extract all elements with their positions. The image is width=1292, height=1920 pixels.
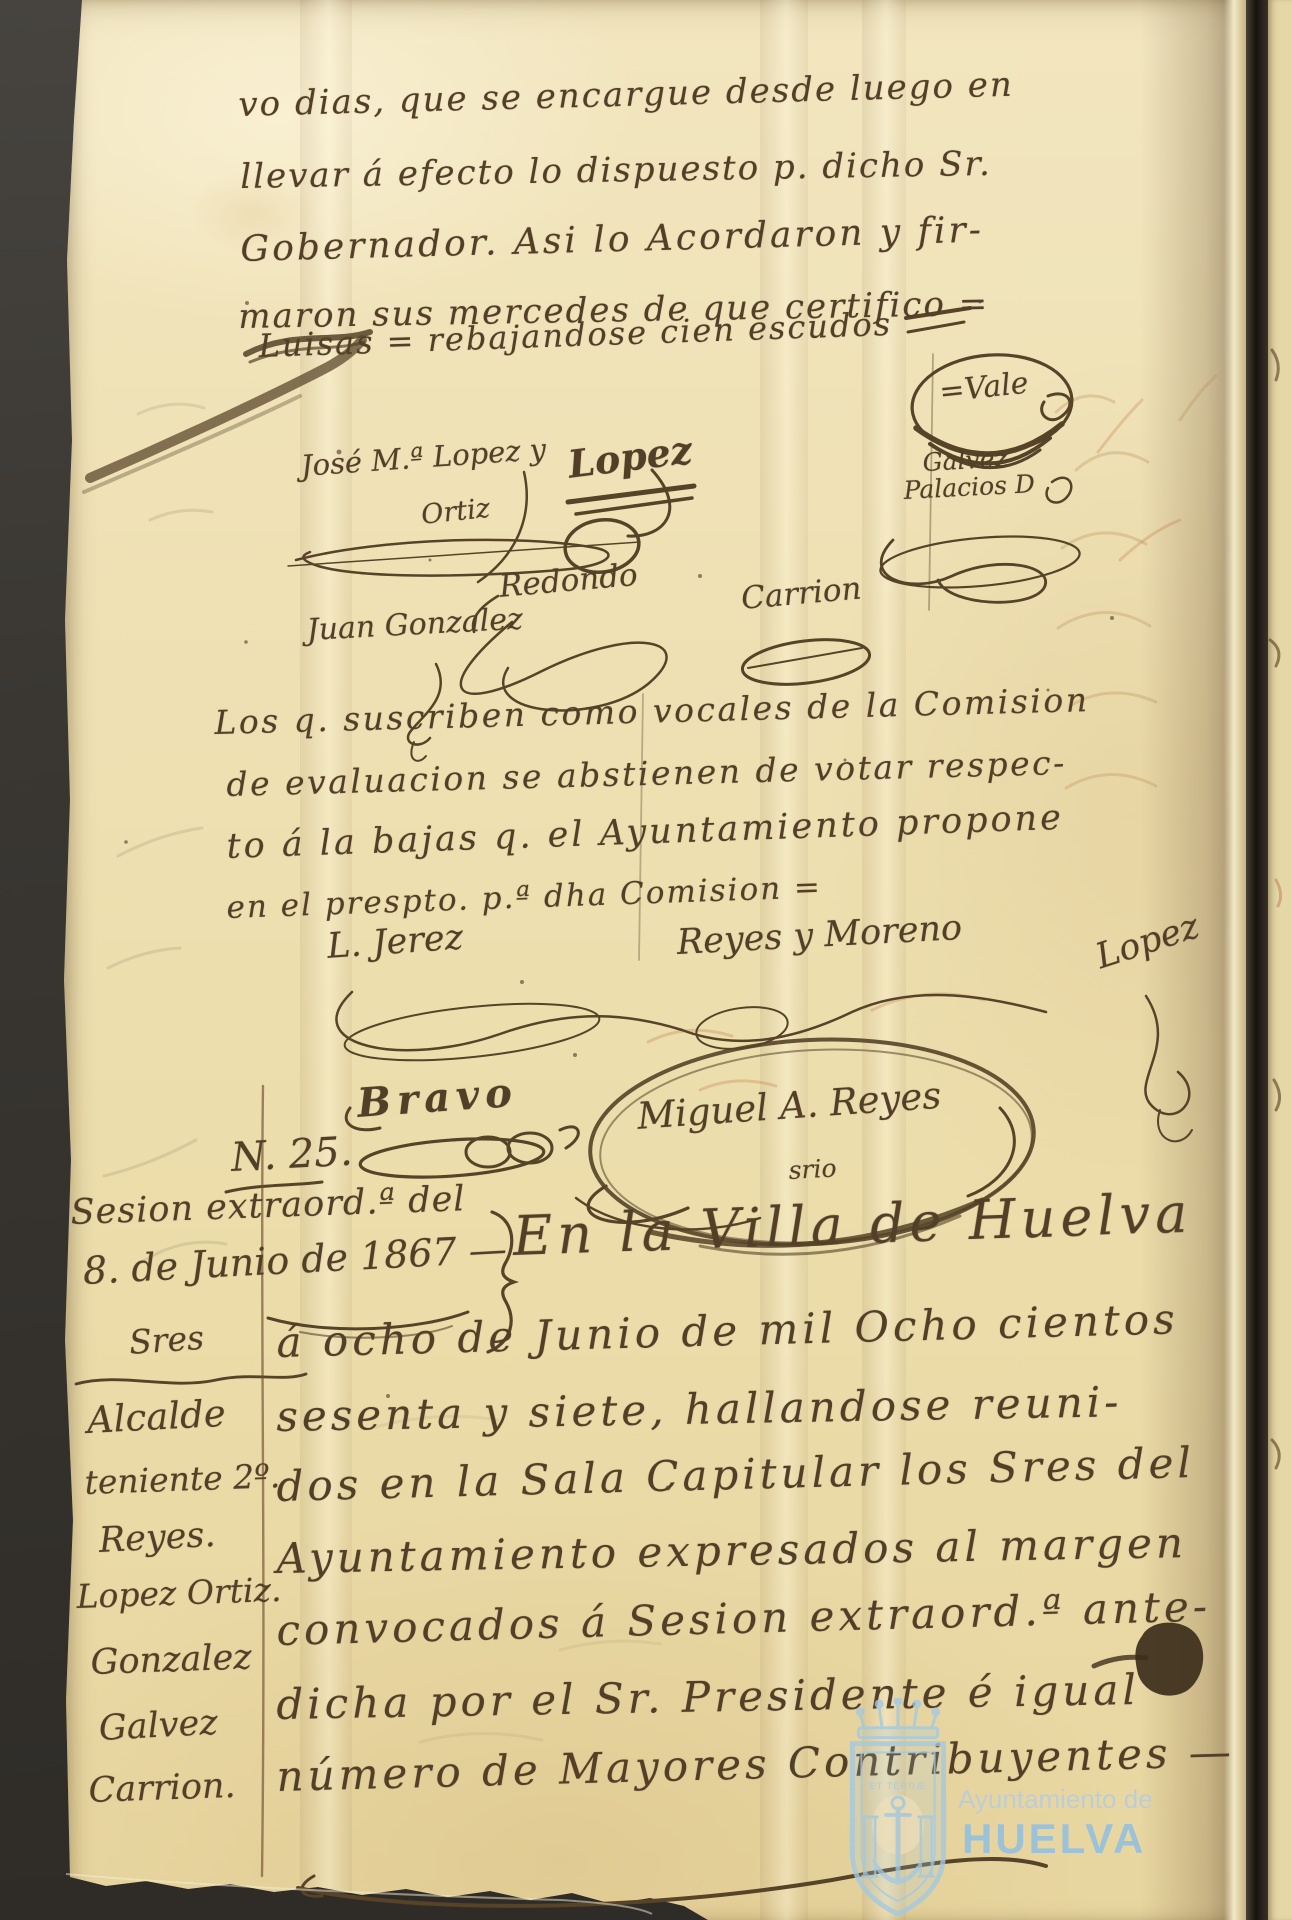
huelva-crest-watermark: ET TERRÆ PORTUS MARIS CUSTODIA <box>838 1698 958 1920</box>
margin-attendee: Lopez Ortiz. <box>76 1573 282 1613</box>
carrion-rubric <box>740 633 872 690</box>
signature-secretary-abbrev: srio <box>788 1155 837 1182</box>
crest-motto-left: PORTUS MARIS <box>847 1781 857 1857</box>
signature-galvez-line2: Palacios D <box>903 471 1036 503</box>
crest-motto-center: ET TERRÆ <box>869 1780 926 1791</box>
watermark-city: HUELVA <box>962 1818 1146 1860</box>
signature-jose-lopez-line2: Ortiz <box>420 495 491 529</box>
margin-attendee: teniente 2º. <box>84 1459 281 1499</box>
watermark-organization: Ayuntamiento de <box>958 1786 1153 1812</box>
session-number: N. 25. <box>230 1132 353 1178</box>
shield-icon <box>852 1744 943 1914</box>
margin-attendee: Gonzalez <box>90 1640 252 1681</box>
signature-jerez: L. Jerez <box>326 921 464 965</box>
margin-attendees-header: Sres <box>128 1321 205 1359</box>
signature-bravo: Bravo <box>356 1073 519 1124</box>
sres-wavy-underline <box>76 1374 306 1384</box>
bleed-through-marks <box>1056 376 1216 788</box>
vale-annotation: =Vale <box>938 369 1030 408</box>
torn-edge-highlight <box>66 1874 652 1914</box>
margin-attendee: Reyes. <box>98 1518 216 1559</box>
margin-attendee: Alcalde <box>86 1395 226 1439</box>
crown-icon <box>856 1698 940 1738</box>
lopez-right-rubric <box>1145 996 1192 1141</box>
margin-attendee: Carrion. <box>88 1769 236 1809</box>
margin-attendee: Galvez <box>98 1706 219 1747</box>
scanned-manuscript-view: vo dias, que se encargue desde luego en … <box>0 0 1292 1920</box>
next-page-writing-fragments <box>1270 350 1281 1468</box>
crest-motto-right: CUSTODIA <box>939 1802 949 1853</box>
